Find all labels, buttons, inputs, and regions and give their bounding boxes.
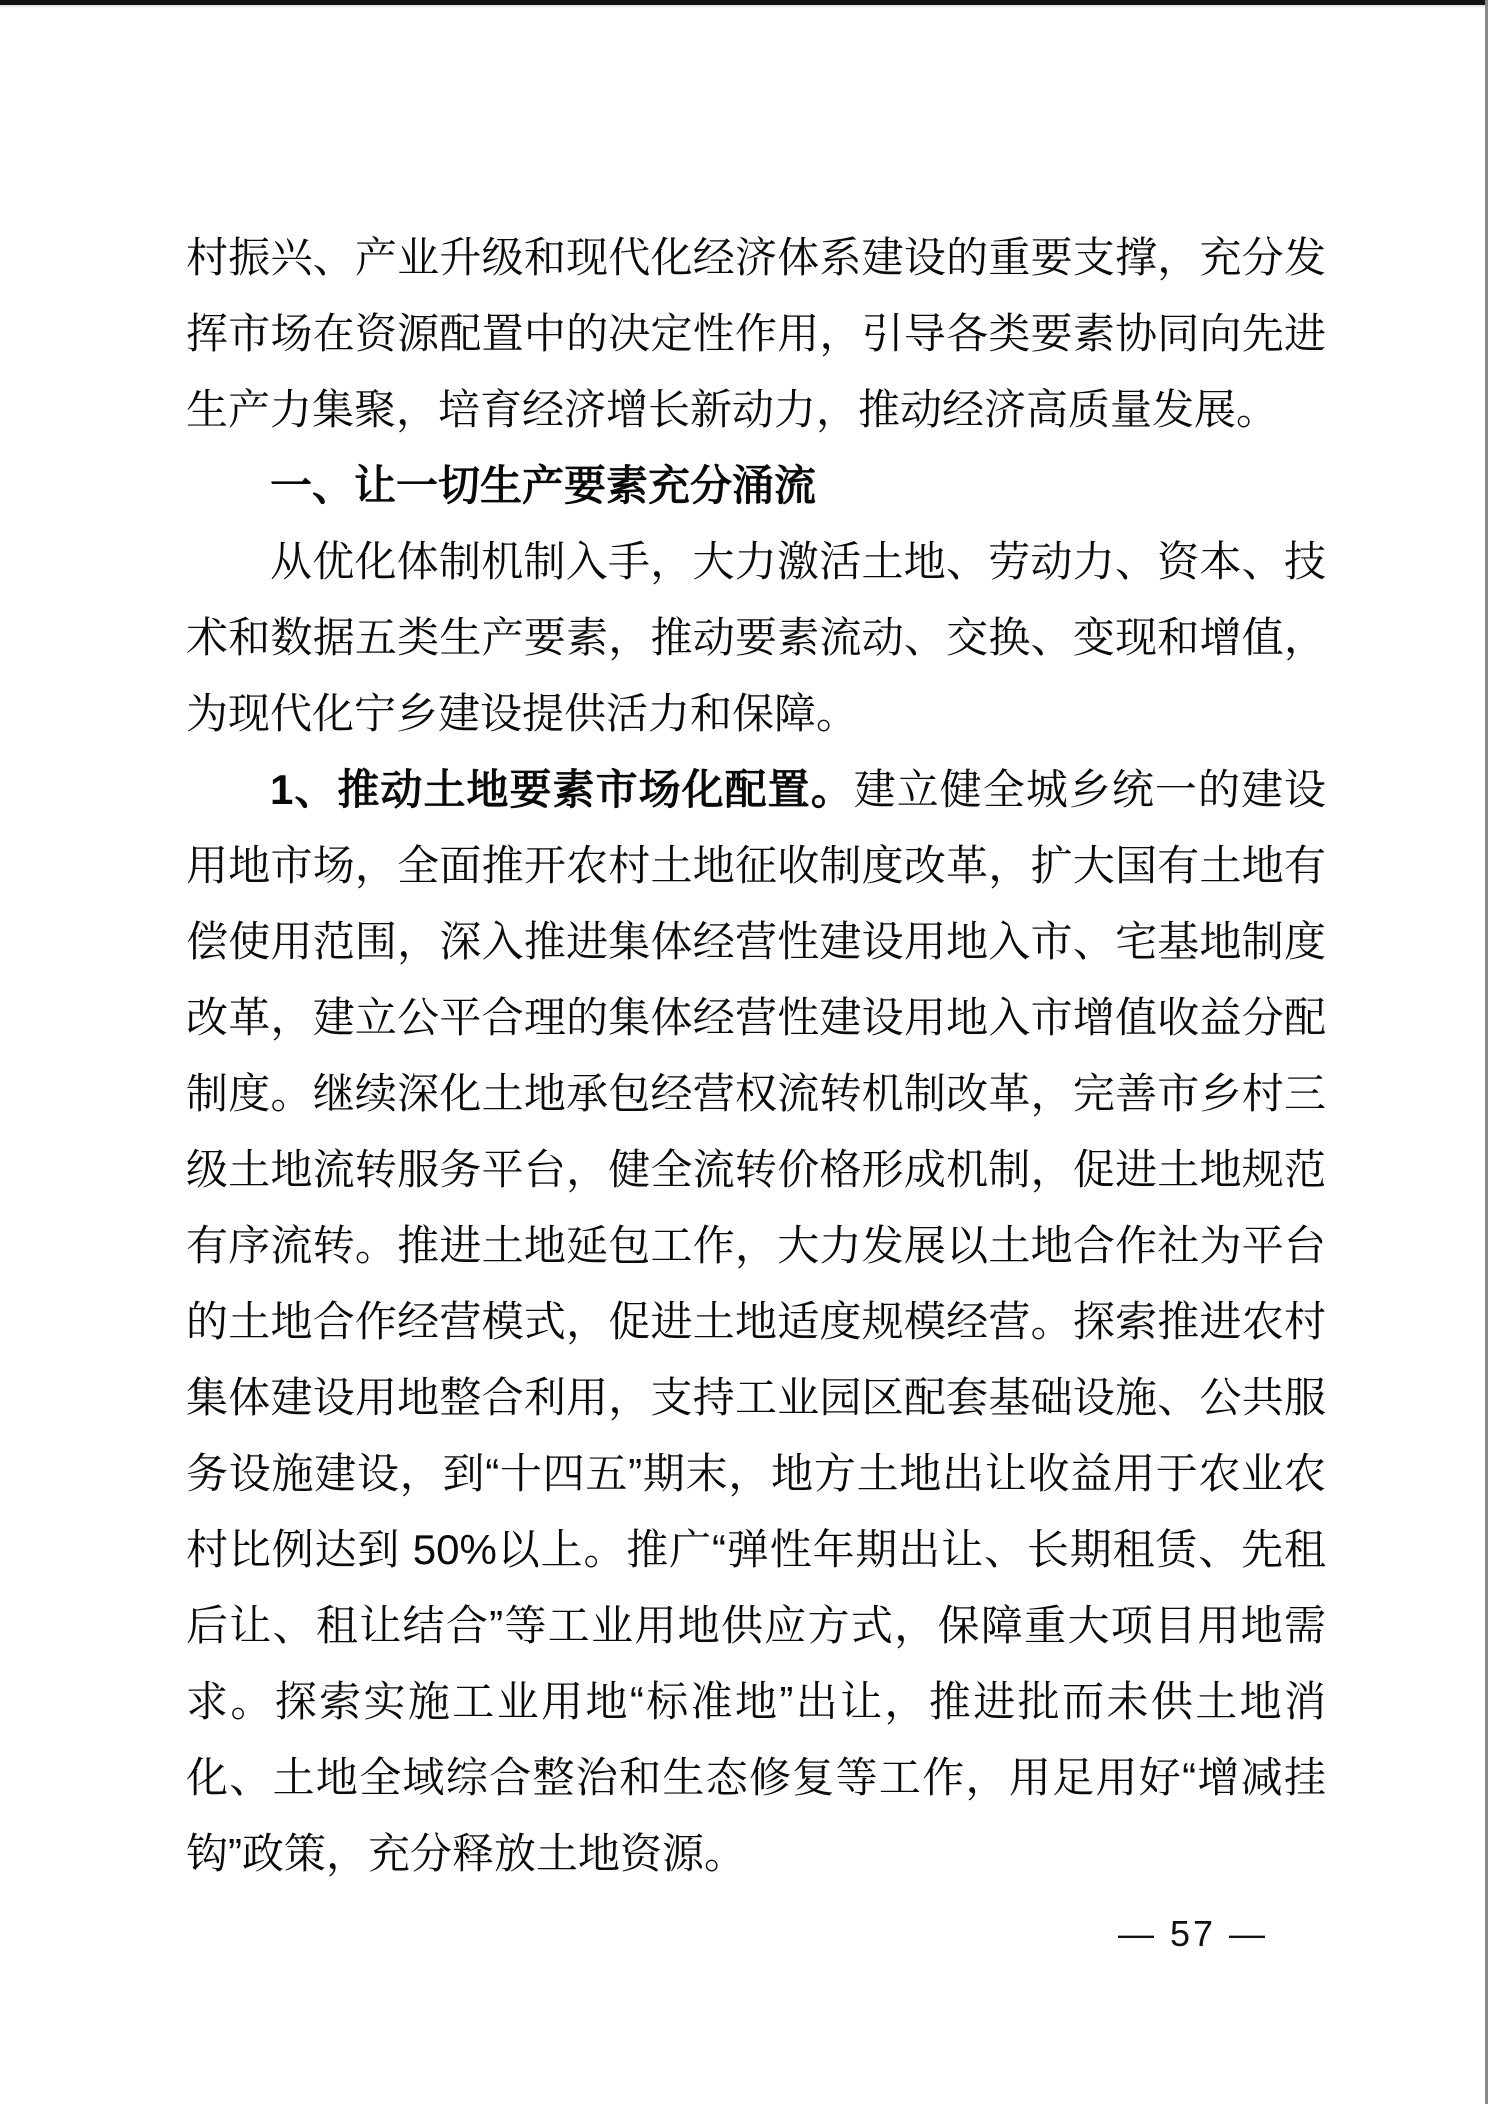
paragraph-text: 村振兴、产业升级和现代化经济体系建设的重要支撑，充分发挥市场在资源配置中的决定性… [186,234,1326,433]
page-number: — 57 — [1118,1912,1268,1956]
paragraph: 1、推动土地要素市场化配置。建立健全城乡统一的建设用地市场，全面推开农村土地征收… [186,752,1326,1892]
paragraph-text: 建立健全城乡统一的建设用地市场，全面推开农村土地征收制度改革，扩大国有土地有偿使… [186,766,1326,1877]
paragraph-continuation: 村振兴、产业升级和现代化经济体系建设的重要支撑，充分发挥市场在资源配置中的决定性… [186,220,1326,448]
document-page: 村振兴、产业升级和现代化经济体系建设的重要支撑，充分发挥市场在资源配置中的决定性… [0,0,1488,2104]
paragraph-lead: 1、推动土地要素市场化配置。 [270,766,854,813]
section-heading: 一、让一切生产要素充分涌流 [186,448,1326,524]
paragraph: 从优化体制机制入手，大力激活土地、劳动力、资本、技术和数据五类生产要素，推动要素… [186,524,1326,752]
paragraph-text: 从优化体制机制入手，大力激活土地、劳动力、资本、技术和数据五类生产要素，推动要素… [186,538,1326,737]
document-body: 村振兴、产业升级和现代化经济体系建设的重要支撑，充分发挥市场在资源配置中的决定性… [186,220,1326,1892]
scan-top-edge [0,0,1488,7]
